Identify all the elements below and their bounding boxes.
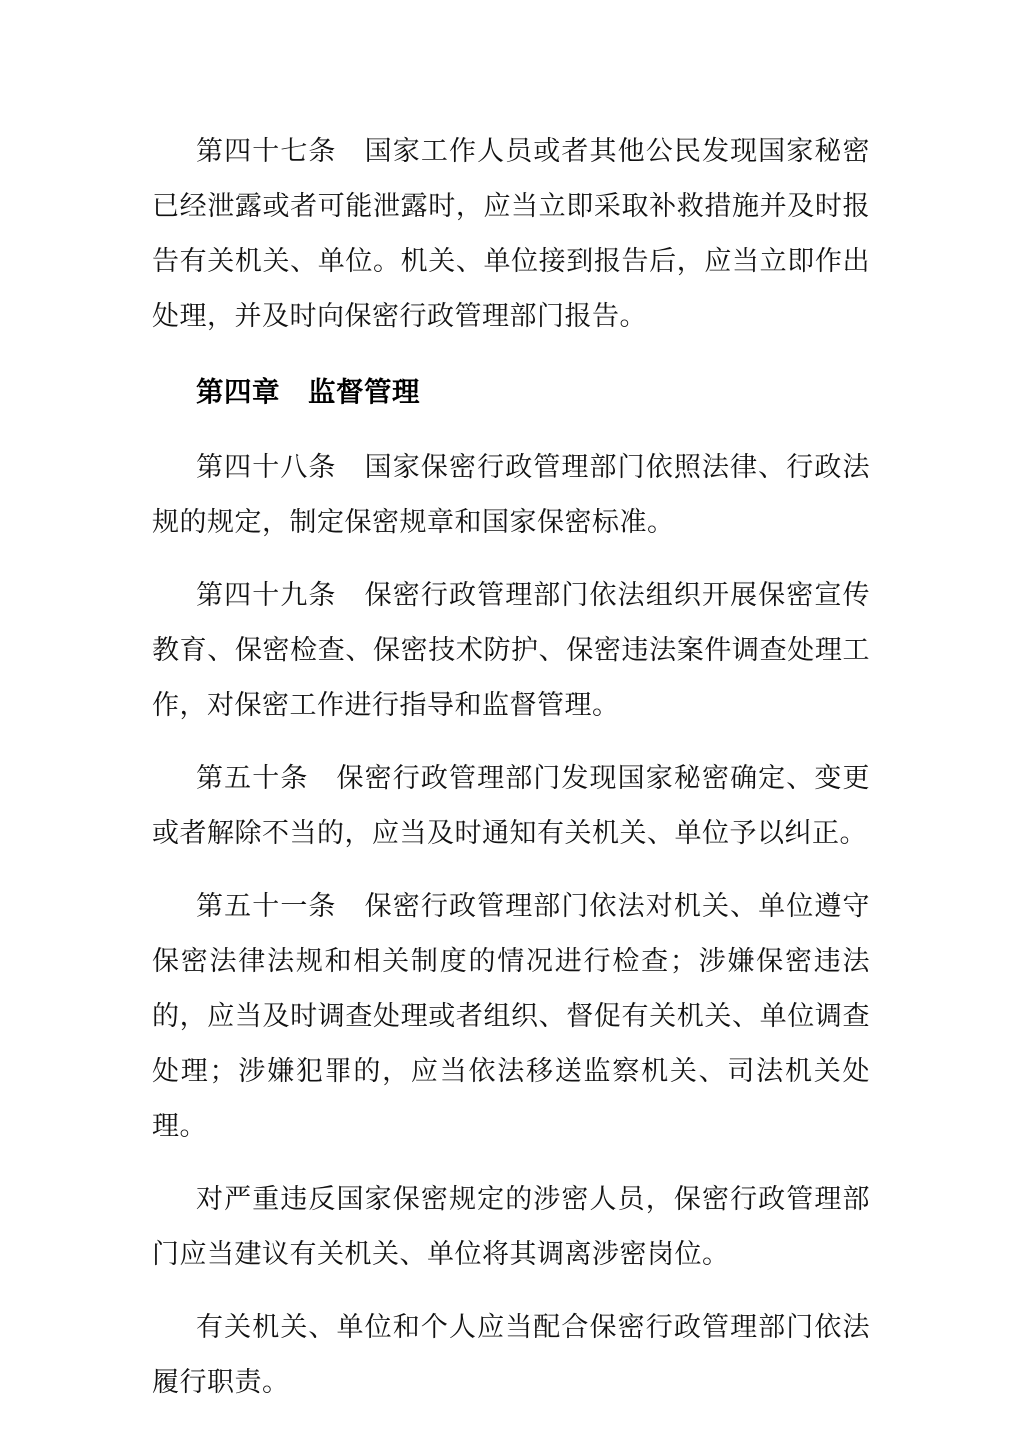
paragraph-article-51-clause-3: 有关机关、单位和个人应当配合保密行政管理部门依法履行职责。 <box>152 1300 870 1410</box>
paragraph-article-51-clause-2: 对严重违反国家保密规定的涉密人员，保密行政管理部门应当建议有关机关、单位将其调离… <box>152 1172 870 1282</box>
document-page: 第四十七条 国家工作人员或者其他公民发现国家秘密已经泄露或者可能泄露时，应当立即… <box>0 0 1024 1448</box>
paragraph-article-49: 第四十九条 保密行政管理部门依法组织开展保密宣传教育、保密检查、保密技术防护、保… <box>152 568 870 733</box>
paragraph-article-48: 第四十八条 国家保密行政管理部门依照法律、行政法规的规定，制定保密规章和国家保密… <box>152 440 870 550</box>
paragraph-article-47: 第四十七条 国家工作人员或者其他公民发现国家秘密已经泄露或者可能泄露时，应当立即… <box>152 124 870 344</box>
chapter-4-heading: 第四章 监督管理 <box>152 364 870 419</box>
paragraph-article-50: 第五十条 保密行政管理部门发现国家秘密确定、变更或者解除不当的，应当及时通知有关… <box>152 751 870 861</box>
paragraph-article-51: 第五十一条 保密行政管理部门依法对机关、单位遵守保密法律法规和相关制度的情况进行… <box>152 879 870 1154</box>
